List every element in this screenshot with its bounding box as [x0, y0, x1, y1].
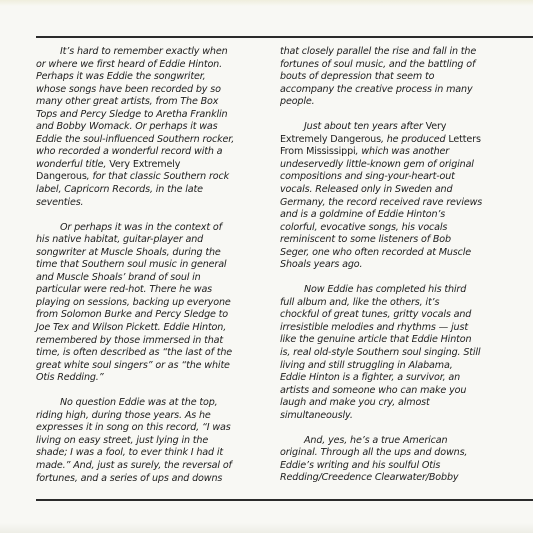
text-line: original. Through all the ups and downs,	[280, 447, 512, 460]
text-line: Perhaps it was Eddie the songwriter,	[36, 71, 264, 84]
body-text: that closely parallel the rise and fall …	[280, 46, 476, 57]
body-text: Shoals years ago.	[280, 259, 362, 270]
text-line: colorful, evocative songs, his vocals	[280, 222, 512, 235]
body-text: No question Eddie was at the top,	[60, 397, 218, 408]
body-text: Redding/Creedence Clearwater/Bobby	[280, 472, 458, 483]
body-text: fortunes of soul music, and the battling…	[280, 59, 475, 70]
text-line: shade; I was a fool, to ever think I had…	[36, 447, 264, 460]
album-title-text: Very Extremely	[109, 159, 180, 170]
text-line: whose songs have been recorded by so	[36, 84, 264, 97]
text-line: From Mississippi, which was another	[280, 146, 512, 159]
text-line: time that Southern soul music in general	[36, 259, 264, 272]
body-text: great white soul singers” or as “the whi…	[36, 360, 230, 371]
body-text: particular were red-hot. There he was	[36, 284, 212, 295]
body-text: undeservedly little-known gem of origina…	[280, 159, 474, 170]
body-text: simultaneously.	[280, 410, 353, 421]
body-text: his native habitat, guitar-player and	[36, 234, 203, 245]
body-text: original. Through all the ups and downs,	[280, 447, 467, 458]
paragraph: And, yes, he’s a true Americanoriginal. …	[280, 435, 512, 485]
text-line: remembered by those immersed in that	[36, 335, 264, 348]
paragraph: that closely parallel the rise and fall …	[280, 46, 512, 109]
text-line: bouts of depression that seem to	[280, 71, 512, 84]
text-line: chockful of great tunes, gritty vocals a…	[280, 309, 512, 322]
text-line: expresses it in song on this record, “I …	[36, 422, 264, 435]
text-line: Germany, the record received rave review…	[280, 197, 512, 210]
body-text: playing on sessions, backing up everyone	[36, 297, 231, 308]
body-text: label, Capricorn Records, in the late	[36, 184, 203, 195]
text-line: songwriter at Muscle Shoals, during the	[36, 247, 264, 260]
body-text: riding high, during those years. As he	[36, 410, 211, 421]
body-text: remembered by those immersed in that	[36, 335, 223, 346]
body-text: chockful of great tunes, gritty vocals a…	[280, 309, 471, 320]
body-text: irresistible melodies and rhythms — just	[280, 322, 468, 333]
body-text: Eddie’s writing and his soulful Otis	[280, 460, 440, 471]
text-line: and is a goldmine of Eddie Hinton’s	[280, 209, 512, 222]
text-line: people.	[280, 96, 512, 109]
text-line: accompany the creative process in many	[280, 84, 512, 97]
text-line: many other great artists, from The Box	[36, 96, 264, 109]
text-line: full album and, like the others, it’s	[280, 297, 512, 310]
text-line: artists and someone who can make you	[280, 385, 512, 398]
text-line: particular were red-hot. There he was	[36, 284, 264, 297]
body-text: people.	[280, 96, 315, 107]
body-text: fortunes, and a series of ups and downs	[36, 473, 222, 484]
text-line: Eddie’s writing and his soulful Otis	[280, 460, 512, 473]
text-line: or where we first heard of Eddie Hinton.	[36, 59, 264, 72]
body-text: bouts of depression that seem to	[280, 71, 434, 82]
body-text: reminiscent to some listeners of Bob	[280, 234, 451, 245]
body-text: accompany the creative process in many	[280, 84, 472, 95]
body-text: Otis Redding.”	[36, 372, 104, 383]
body-text: is, real old-style Southern soul singing…	[280, 347, 480, 358]
body-text: many other great artists, from The Box	[36, 96, 218, 107]
body-text: or where we first heard of Eddie Hinton.	[36, 59, 222, 70]
right-text-column: that closely parallel the rise and fall …	[280, 46, 512, 498]
text-line: It’s hard to remember exactly when	[36, 46, 264, 59]
body-text: whose songs have been recorded by so	[36, 84, 221, 95]
body-text: and is a goldmine of Eddie Hinton’s	[280, 209, 445, 220]
text-line: vocals. Released only in Sweden and	[280, 184, 512, 197]
album-title-text: Very	[426, 121, 447, 132]
text-line: undeservedly little-known gem of origina…	[280, 159, 512, 172]
text-line: time, is often described as “the last of…	[36, 347, 264, 360]
text-line: made.” And, just as surely, the reversal…	[36, 460, 264, 473]
text-line: Redding/Creedence Clearwater/Bobby	[280, 472, 512, 485]
body-text: It’s hard to remember exactly when	[60, 46, 228, 57]
text-line: living and still struggling in Alabama,	[280, 360, 512, 373]
body-text: Joe Tex and Wilson Pickett. Eddie Hinton…	[36, 322, 226, 333]
text-line: seventies.	[36, 197, 264, 210]
text-line: simultaneously.	[280, 410, 512, 423]
text-line: Now Eddie has completed his third	[280, 284, 512, 297]
body-text: , he produced	[381, 134, 448, 145]
body-text: Eddie the soul-influenced Southern rocke…	[36, 134, 234, 145]
bottom-rule-divider	[36, 499, 533, 501]
page-bottom-edge	[0, 523, 533, 533]
text-line: is, real old-style Southern soul singing…	[280, 347, 512, 360]
text-line: his native habitat, guitar-player and	[36, 234, 264, 247]
body-text: and Muscle Shoals’ brand of soul in	[36, 272, 201, 283]
body-text: seventies.	[36, 197, 83, 208]
text-line: Just about ten years after Very	[280, 121, 512, 134]
paragraph: Now Eddie has completed his thirdfull al…	[280, 284, 512, 422]
body-text: living on easy street, just lying in the	[36, 435, 208, 446]
text-line: Eddie the soul-influenced Southern rocke…	[36, 134, 264, 147]
text-line: Dangerous, for that classic Southern roc…	[36, 171, 264, 184]
body-text: laugh and make you cry, almost	[280, 397, 430, 408]
body-text: Eddie Hinton is a fighter, a survivor, a…	[280, 372, 460, 383]
body-text: like the genuine article that Eddie Hint…	[280, 334, 471, 345]
album-title-text: Dangerous	[36, 171, 87, 182]
paragraph: Or perhaps it was in the context ofhis n…	[36, 222, 264, 385]
body-text: songwriter at Muscle Shoals, during the	[36, 247, 221, 258]
text-line: fortunes of soul music, and the battling…	[280, 59, 512, 72]
body-text: Perhaps it was Eddie the songwriter,	[36, 71, 206, 82]
body-text: Or perhaps it was in the context of	[60, 222, 222, 233]
body-text: Now Eddie has completed his third	[304, 284, 466, 295]
body-text: Tops and Percy Sledge to Aretha Franklin	[36, 109, 227, 120]
body-text: artists and someone who can make you	[280, 385, 466, 396]
text-line: that closely parallel the rise and fall …	[280, 46, 512, 59]
text-line: Eddie Hinton is a fighter, a survivor, a…	[280, 372, 512, 385]
text-line: fortunes, and a series of ups and downs	[36, 473, 264, 486]
text-line: playing on sessions, backing up everyone	[36, 297, 264, 310]
text-line: great white soul singers” or as “the whi…	[36, 360, 264, 373]
body-text: , for that classic Southern rock	[87, 171, 229, 182]
top-rule-divider	[36, 36, 533, 38]
body-text: time, is often described as “the last of…	[36, 347, 232, 358]
body-text: from Solomon Burke and Percy Sledge to	[36, 309, 228, 320]
text-line: and Bobby Womack. Or perhaps it was	[36, 121, 264, 134]
text-line: label, Capricorn Records, in the late	[36, 184, 264, 197]
body-text: Germany, the record received rave review…	[280, 197, 482, 208]
body-text: made.” And, just as surely, the reversal…	[36, 460, 232, 471]
text-line: irresistible melodies and rhythms — just	[280, 322, 512, 335]
body-text: shade; I was a fool, to ever think I had…	[36, 447, 223, 458]
body-text: and Bobby Womack. Or perhaps it was	[36, 121, 218, 132]
body-text: vocals. Released only in Sweden and	[280, 184, 452, 195]
body-text: , which was another	[356, 146, 450, 157]
text-line: living on easy street, just lying in the	[36, 435, 264, 448]
album-title-text: Letters	[448, 134, 480, 145]
text-line: who recorded a wonderful record with a	[36, 146, 264, 159]
text-line: Seger, one who often recorded at Muscle	[280, 247, 512, 260]
text-line: reminiscent to some listeners of Bob	[280, 234, 512, 247]
body-text: Just about ten years after	[304, 121, 426, 132]
paragraph: Just about ten years after VeryExtremely…	[280, 121, 512, 272]
text-line: laugh and make you cry, almost	[280, 397, 512, 410]
body-text: colorful, evocative songs, his vocals	[280, 222, 447, 233]
body-text: time that Southern soul music in general	[36, 259, 226, 270]
body-text: wonderful title,	[36, 159, 109, 170]
body-text: living and still struggling in Alabama,	[280, 360, 453, 371]
text-line: Otis Redding.”	[36, 372, 264, 385]
text-line: And, yes, he’s a true American	[280, 435, 512, 448]
paragraph: It’s hard to remember exactly whenor whe…	[36, 46, 264, 209]
text-line: Extremely Dangerous, he produced Letters	[280, 134, 512, 147]
text-line: like the genuine article that Eddie Hint…	[280, 334, 512, 347]
page-top-edge	[0, 0, 533, 6]
body-text: Seger, one who often recorded at Muscle	[280, 247, 471, 258]
text-line: Joe Tex and Wilson Pickett. Eddie Hinton…	[36, 322, 264, 335]
text-line: compositions and sing-your-heart-out	[280, 171, 512, 184]
body-text: full album and, like the others, it’s	[280, 297, 439, 308]
body-text: who recorded a wonderful record with a	[36, 146, 222, 157]
text-line: No question Eddie was at the top,	[36, 397, 264, 410]
album-title-text: From Mississippi	[280, 146, 356, 157]
text-line: from Solomon Burke and Percy Sledge to	[36, 309, 264, 322]
body-text: compositions and sing-your-heart-out	[280, 171, 455, 182]
body-text: And, yes, he’s a true American	[304, 435, 447, 446]
text-line: and Muscle Shoals’ brand of soul in	[36, 272, 264, 285]
paragraph: No question Eddie was at the top,riding …	[36, 397, 264, 485]
body-text: expresses it in song on this record, “I …	[36, 422, 231, 433]
text-line: Shoals years ago.	[280, 259, 512, 272]
text-line: Or perhaps it was in the context of	[36, 222, 264, 235]
album-title-text: Extremely Dangerous	[280, 134, 381, 145]
left-text-column: It’s hard to remember exactly whenor whe…	[36, 46, 264, 498]
text-line: wonderful title, Very Extremely	[36, 159, 264, 172]
text-line: Tops and Percy Sledge to Aretha Franklin	[36, 109, 264, 122]
text-line: riding high, during those years. As he	[36, 410, 264, 423]
